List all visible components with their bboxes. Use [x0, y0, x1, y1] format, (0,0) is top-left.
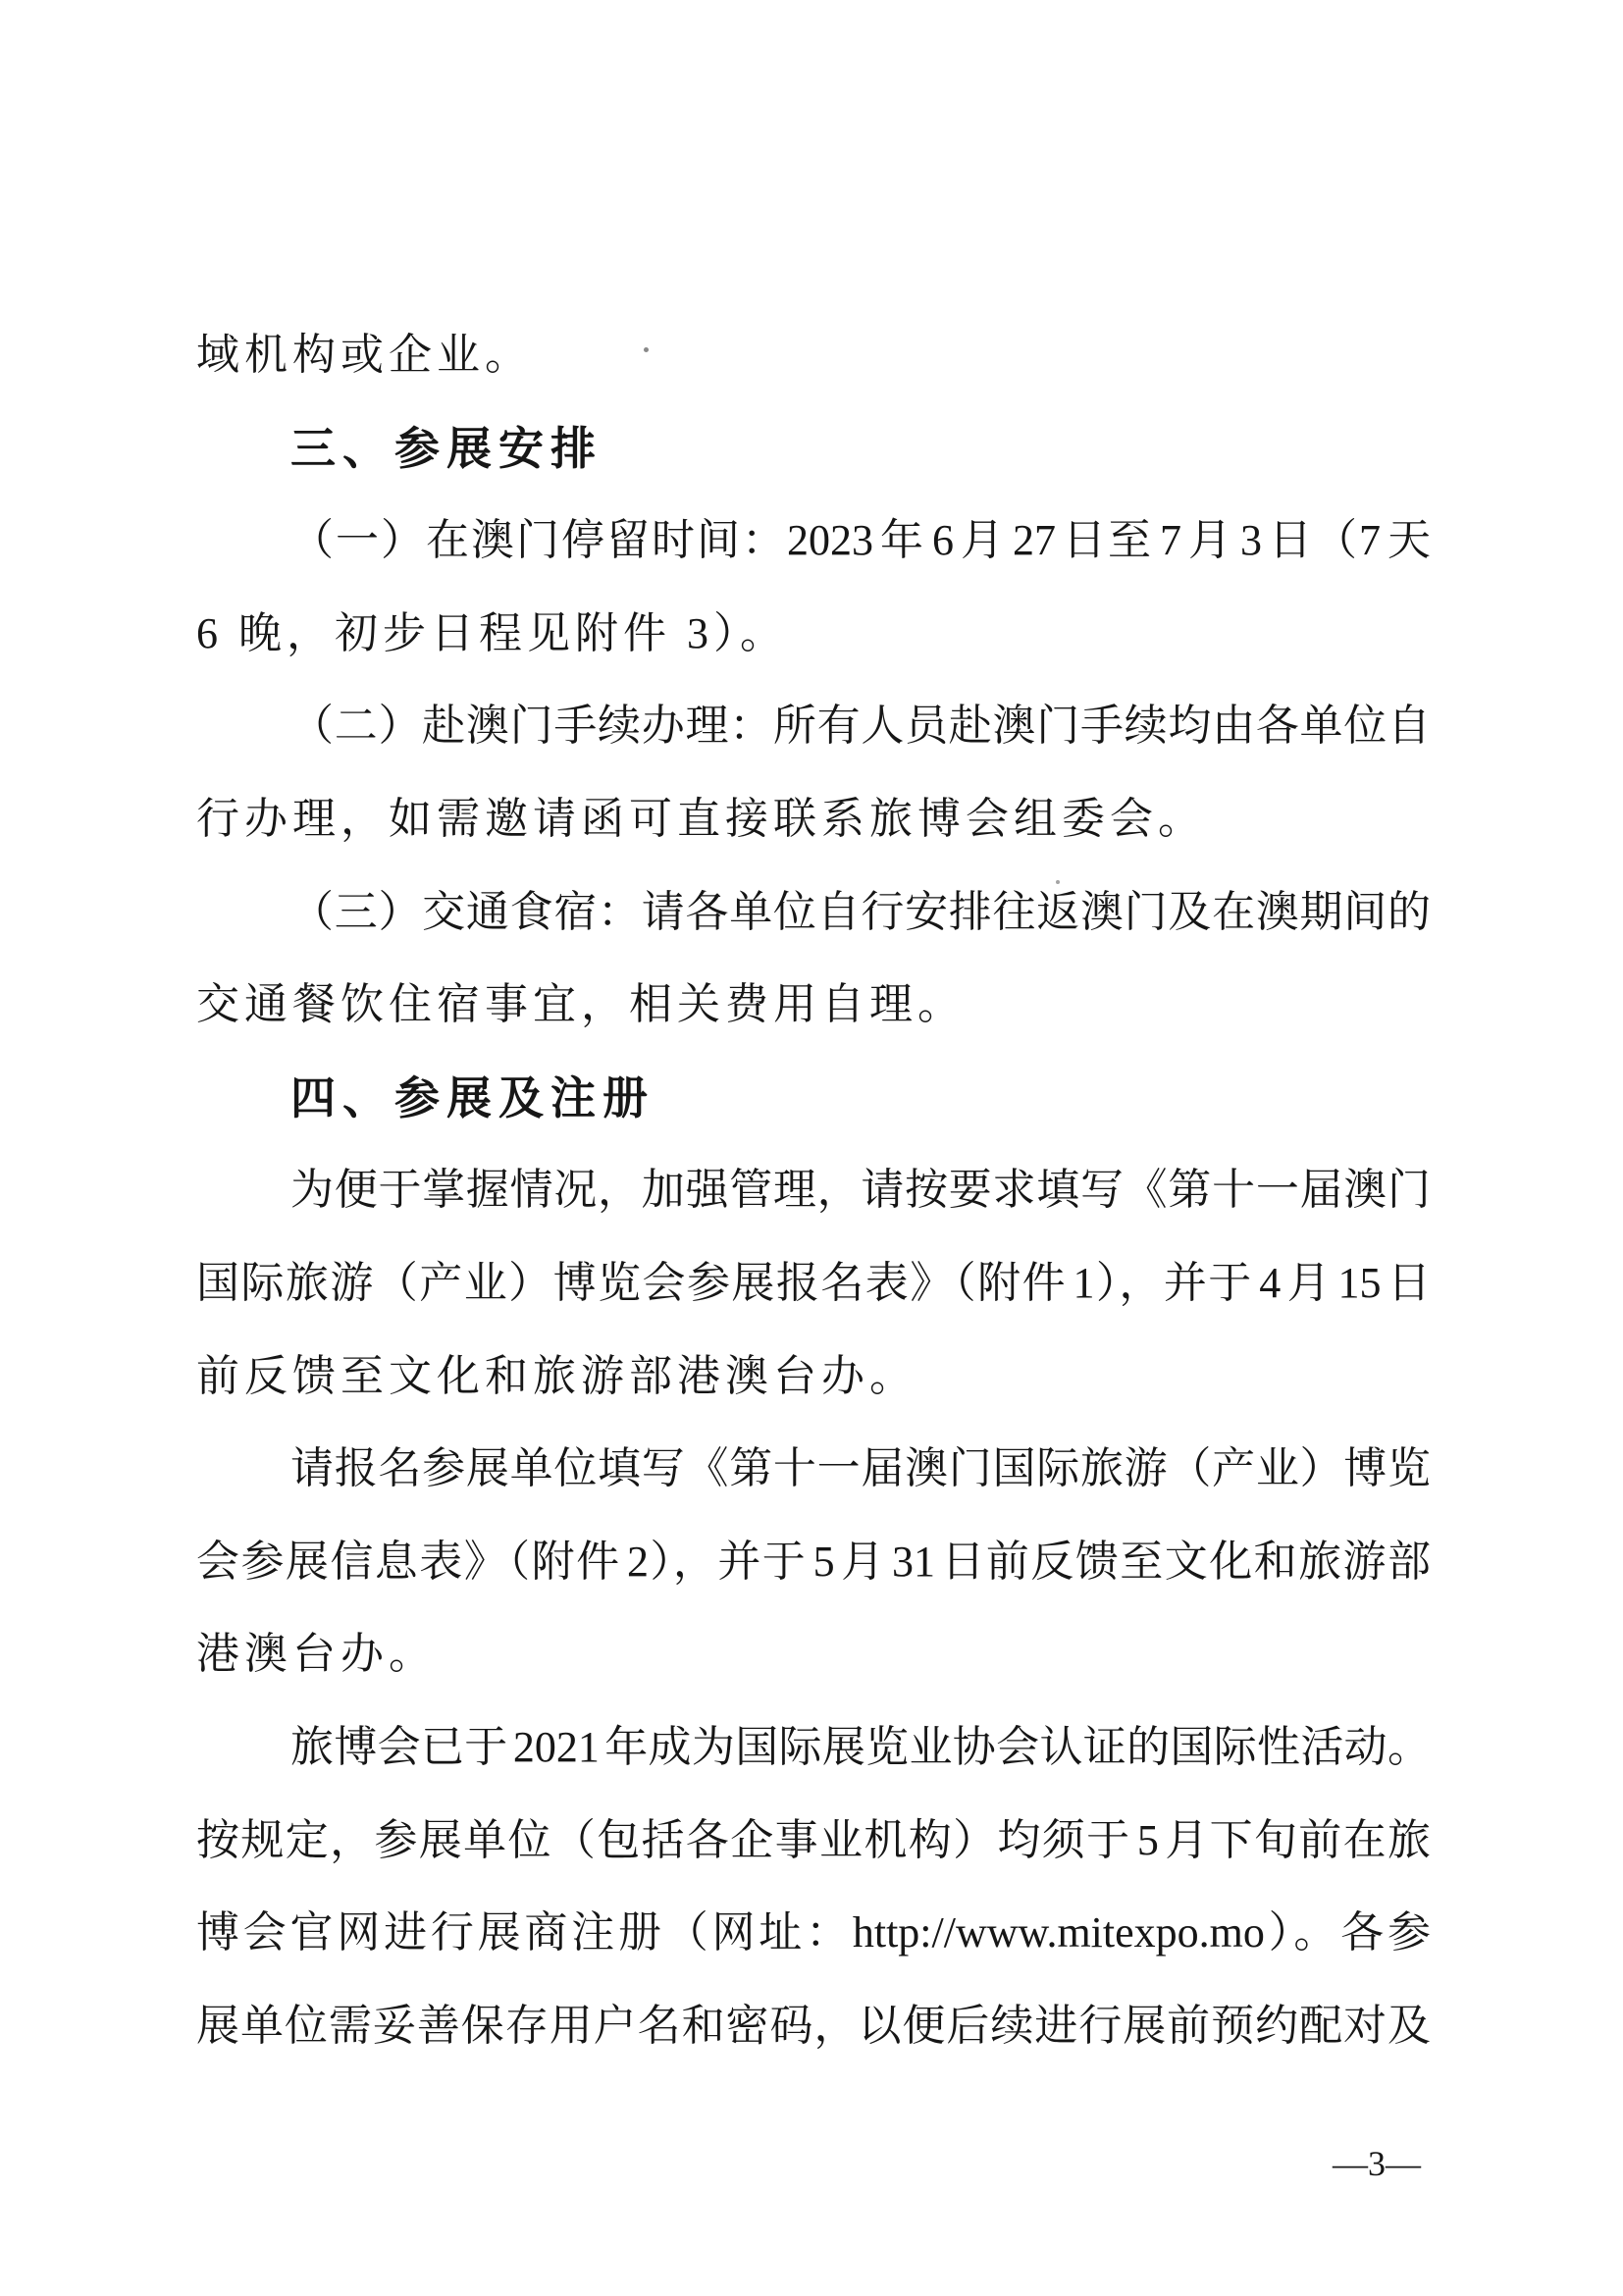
text-line: 6 晚，初步日程见附件 3）。	[196, 588, 1431, 681]
text-line: 展单位需妥善保存用户名和密码，以便后续进行展前预约配对及	[196, 1980, 1431, 2073]
text-line: 国际旅游（产业）博览会参展报名表》（附件 1），并于 4 月 15 日	[196, 1237, 1431, 1331]
text-line: 交通餐饮住宿事宜，相关费用自理。	[196, 959, 1431, 1052]
text-line: 请报名参展单位填写《第十一届澳门国际旅游（产业）博览	[196, 1423, 1431, 1516]
text-line: 行办理，如需邀请函可直接联系旅博会组委会。	[196, 773, 1431, 866]
text-line: 会参展信息表》（附件 2），并于 5 月 31 日前反馈至文化和旅游部	[196, 1516, 1431, 1609]
text-line: （三）交通食宿：请各单位自行安排往返澳门及在澳期间的	[196, 866, 1431, 960]
text-line: 港澳台办。	[196, 1608, 1431, 1701]
text-line: （二）赴澳门手续办理：所有人员赴澳门手续均由各单位自	[196, 680, 1431, 773]
page-number: —3—	[1323, 2142, 1431, 2185]
text-line: 博会官网进行展商注册（网址：http://www.mitexpo.mo）。各参	[196, 1887, 1431, 1980]
section-heading: 三、参展安排	[196, 402, 1431, 496]
section-heading: 四、参展及注册	[196, 1052, 1431, 1145]
text-line: 旅博会已于 2021 年成为国际展览业协会认证的国际性活动。	[196, 1701, 1431, 1795]
scan-speck	[1056, 880, 1060, 884]
document-body: 域机构或企业。三、参展安排（一）在澳门停留时间：2023 年 6 月 27 日至…	[196, 309, 1431, 2072]
text-line: 为便于掌握情况，加强管理，请按要求填写《第十一届澳门	[196, 1144, 1431, 1237]
text-line: 域机构或企业。	[196, 309, 1431, 402]
text-line: 按规定，参展单位（包括各企事业机构）均须于 5 月下旬前在旅	[196, 1795, 1431, 1888]
text-line: 前反馈至文化和旅游部港澳台办。	[196, 1331, 1431, 1424]
scan-speck	[644, 347, 649, 352]
text-line: （一）在澳门停留时间：2023 年 6 月 27 日至 7 月 3 日（7 天	[196, 495, 1431, 588]
scanned-document-page: 域机构或企业。三、参展安排（一）在澳门停留时间：2023 年 6 月 27 日至…	[0, 0, 1623, 2296]
